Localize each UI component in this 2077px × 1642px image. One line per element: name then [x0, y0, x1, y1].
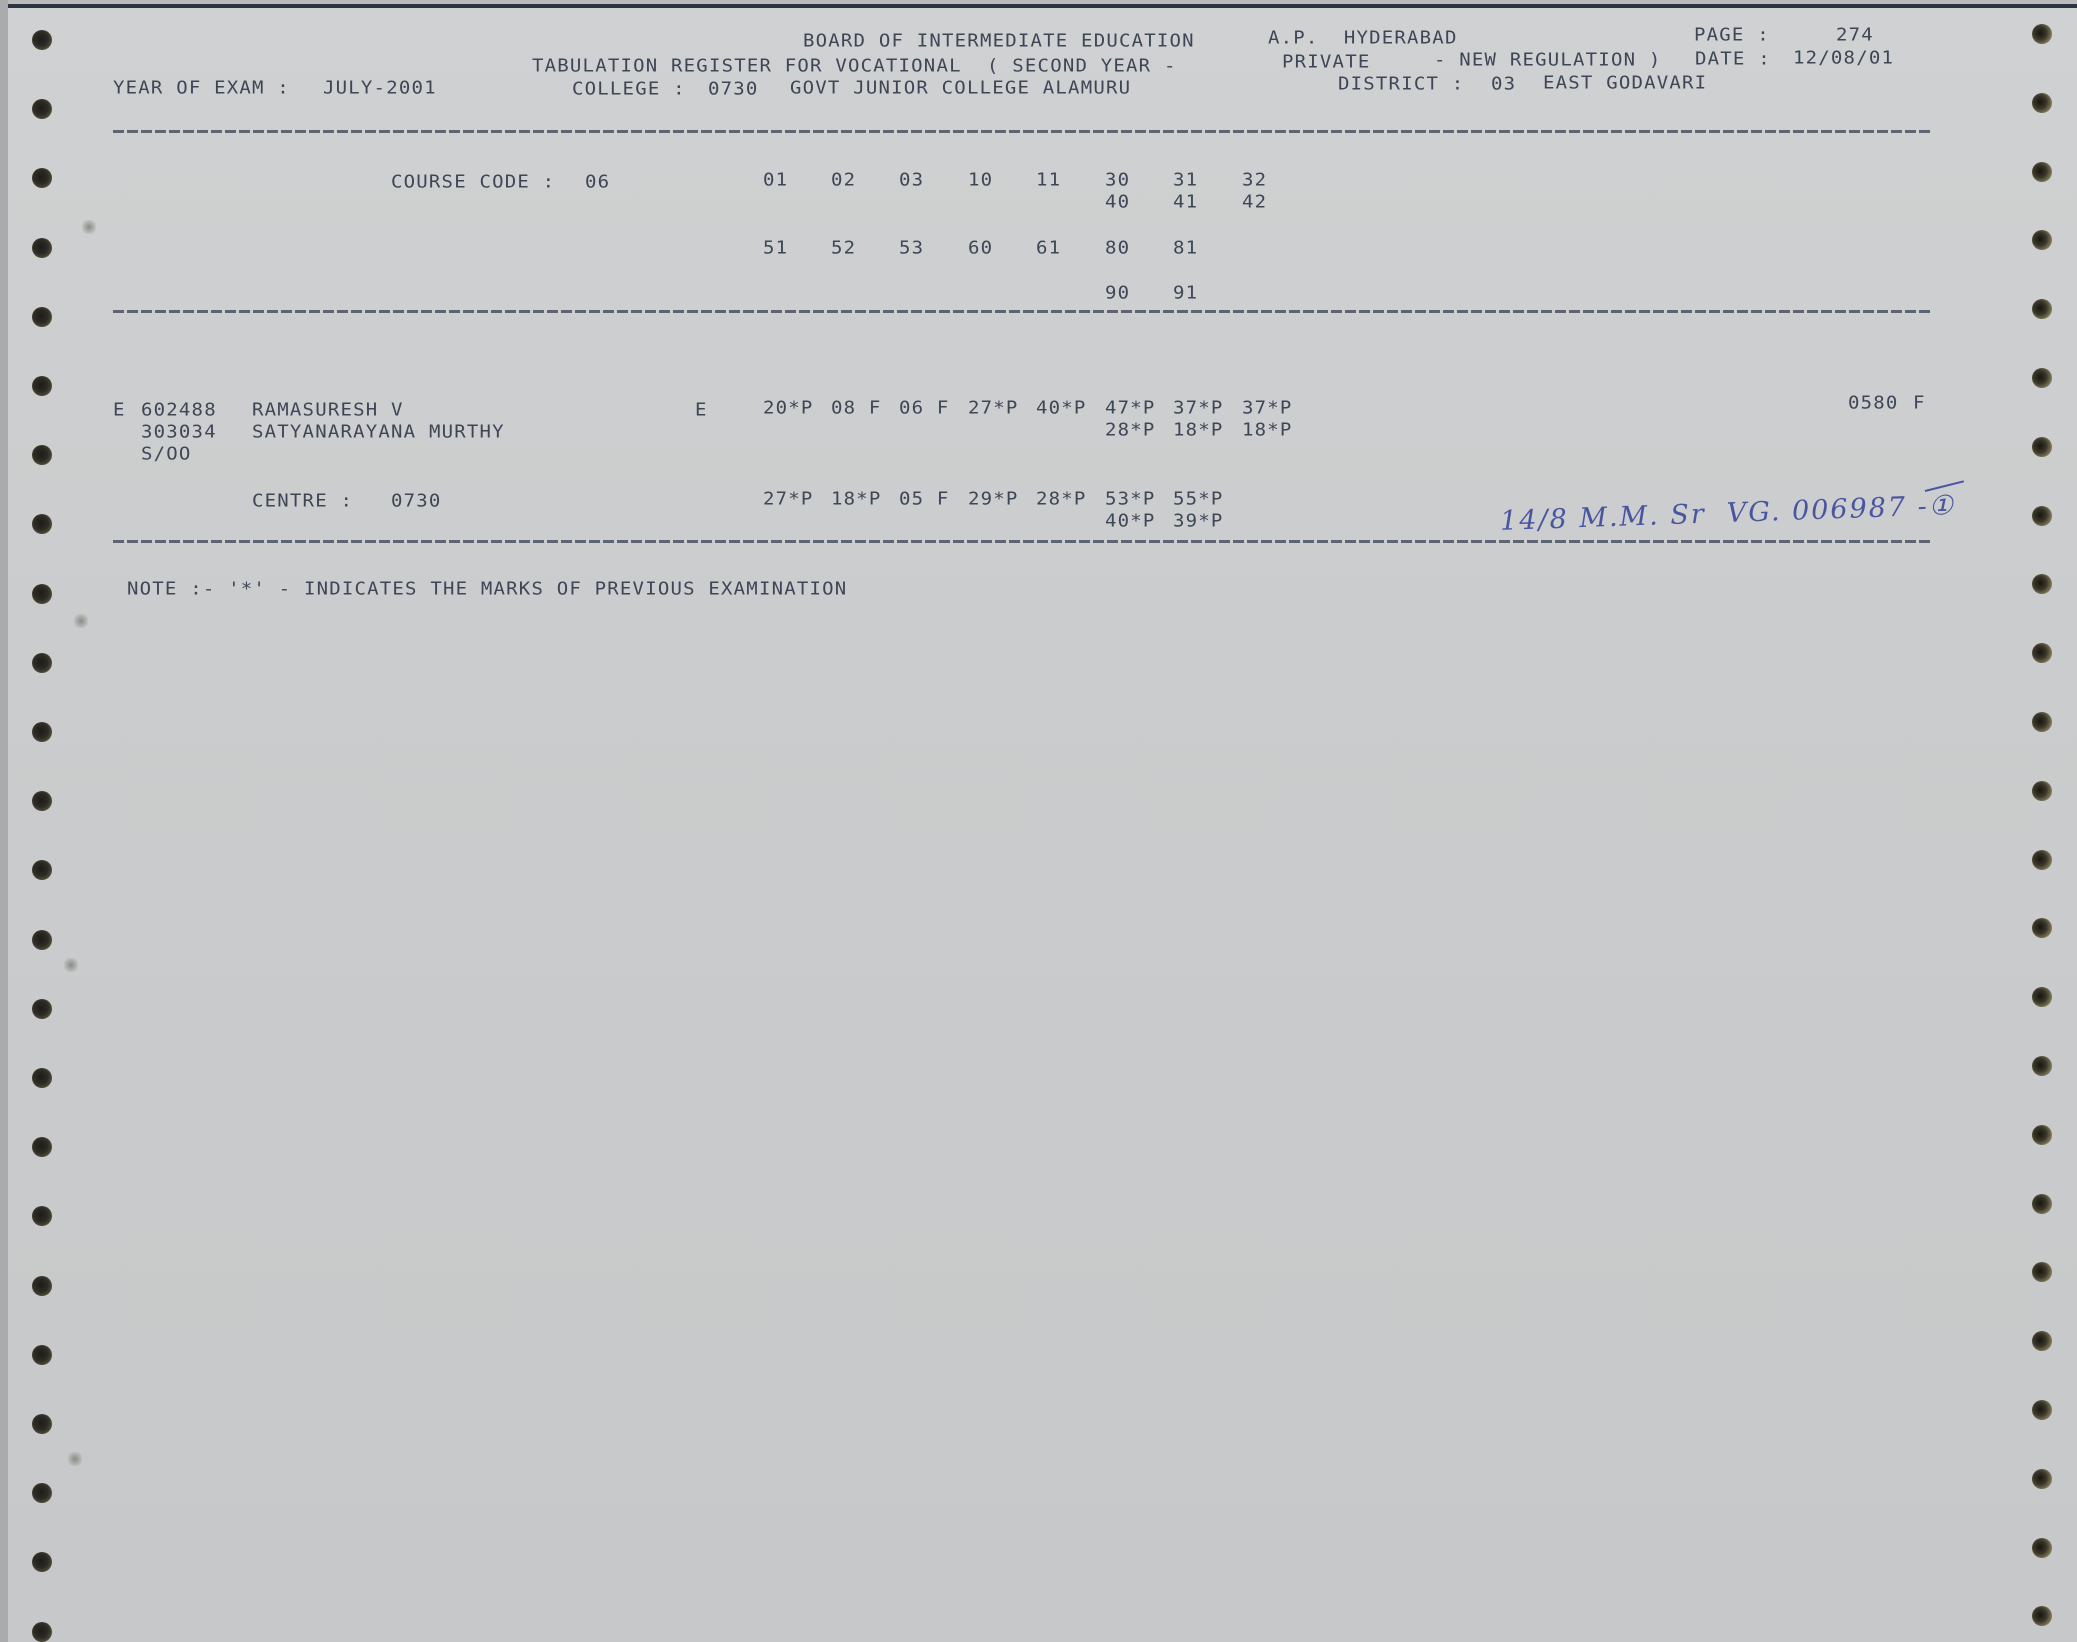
feed-hole — [32, 930, 52, 950]
date-value: 12/08/01 — [1793, 48, 1894, 68]
subject-mark: 06 F — [899, 398, 950, 418]
dashed-rule-top — [113, 130, 1930, 133]
subject-mark: 28*P — [1105, 420, 1156, 440]
page-number: 274 — [1836, 25, 1874, 45]
total-marks: 0580 — [1848, 393, 1899, 413]
feed-hole — [32, 999, 52, 1019]
feed-hole — [2032, 1400, 2052, 1420]
subject-code: 31 — [1173, 170, 1198, 190]
subject-code: 41 — [1173, 192, 1198, 212]
feed-hole — [2032, 1538, 2052, 1558]
feed-hole — [32, 1068, 52, 1088]
candidate-type: PRIVATE — [1282, 52, 1370, 72]
subject-mark: 27*P — [968, 398, 1019, 418]
feed-hole — [32, 238, 52, 258]
medium: E — [695, 400, 708, 420]
paper-smudge — [74, 614, 88, 628]
subject-mark: 28*P — [1036, 489, 1087, 509]
district-label: DISTRICT : — [1338, 74, 1464, 94]
student-name: RAMASURESH V — [252, 400, 404, 420]
feed-hole — [32, 1622, 52, 1642]
district-name: EAST GODAVARI — [1543, 73, 1707, 93]
subject-code: 32 — [1242, 170, 1267, 190]
subject-code: 60 — [968, 238, 993, 258]
subject-mark: 37*P — [1173, 398, 1224, 418]
date-label: DATE : — [1695, 49, 1771, 69]
father-name: SATYANARAYANA MURTHY — [252, 422, 505, 442]
college-code: 0730 — [708, 79, 759, 99]
course-code-label: COURSE CODE : — [391, 172, 555, 192]
subject-mark: 20*P — [763, 398, 814, 418]
subject-code: 02 — [831, 170, 856, 190]
feed-hole — [2032, 781, 2052, 801]
subject-mark: 40*P — [1036, 398, 1087, 418]
dashed-rule-bottom — [113, 540, 1930, 543]
subject-code: 91 — [1173, 283, 1198, 303]
subject-mark: 55*P — [1173, 489, 1224, 509]
feed-hole — [2032, 162, 2052, 182]
year-label: YEAR OF EXAM : — [113, 78, 290, 98]
feed-hole — [2032, 850, 2052, 870]
subject-mark: 39*P — [1173, 511, 1224, 531]
subject-mark: 18*P — [1242, 420, 1293, 440]
feed-hole — [32, 1345, 52, 1365]
centre-label: CENTRE : — [252, 491, 353, 511]
feed-hole — [32, 307, 52, 327]
subject-mark: 29*P — [968, 489, 1019, 509]
feed-hole — [2032, 1469, 2052, 1489]
feed-hole — [32, 1414, 52, 1434]
feed-hole — [2032, 506, 2052, 526]
hall-ticket-number: 602488 — [141, 400, 217, 420]
subject-code: 53 — [899, 238, 924, 258]
second-id: 303034 — [141, 422, 217, 442]
subject-code: 90 — [1105, 283, 1130, 303]
subject-mark: 53*P — [1105, 489, 1156, 509]
subject-mark: 27*P — [763, 489, 814, 509]
feed-hole — [32, 376, 52, 396]
feed-hole — [32, 722, 52, 742]
page-label: PAGE : — [1694, 25, 1770, 45]
subject-code: 40 — [1105, 192, 1130, 212]
subject-code: 61 — [1036, 238, 1061, 258]
year-value: JULY-2001 — [323, 78, 437, 98]
subject-code: 11 — [1036, 170, 1061, 190]
paper-smudge — [82, 220, 96, 234]
subject-code: 01 — [763, 170, 788, 190]
district-code: 03 — [1491, 74, 1516, 94]
register-title: TABULATION REGISTER FOR VOCATIONAL ( SEC… — [532, 56, 1177, 76]
state-city: A.P. HYDERABAD — [1268, 28, 1458, 48]
footer-note: NOTE :- '*' - INDICATES THE MARKS OF PRE… — [127, 579, 847, 599]
subject-mark: 05 F — [899, 489, 950, 509]
regulation: - NEW REGULATION ) — [1434, 50, 1662, 70]
feed-hole — [2032, 1194, 2052, 1214]
subject-mark: 18*P — [831, 489, 882, 509]
feed-hole — [32, 1276, 52, 1296]
paper-smudge — [64, 958, 78, 972]
centre-code: 0730 — [391, 491, 442, 511]
medium-prefix: E — [113, 400, 126, 420]
feed-hole — [32, 584, 52, 604]
subject-mark: 37*P — [1242, 398, 1293, 418]
result-status: F — [1913, 393, 1926, 413]
subject-mark: 47*P — [1105, 398, 1156, 418]
subject-code: 80 — [1105, 238, 1130, 258]
subject-mark: 08 F — [831, 398, 882, 418]
subject-code: 03 — [899, 170, 924, 190]
subject-code: 52 — [831, 238, 856, 258]
feed-hole — [2032, 24, 2052, 44]
college-label: COLLEGE : — [572, 79, 686, 99]
feed-hole — [32, 30, 52, 50]
board-name: BOARD OF INTERMEDIATE EDUCATION — [803, 31, 1195, 51]
feed-hole — [2032, 1125, 2052, 1145]
feed-hole — [2032, 368, 2052, 388]
subject-code: 51 — [763, 238, 788, 258]
dashed-rule-mid — [113, 310, 1930, 313]
subject-code: 42 — [1242, 192, 1267, 212]
subject-mark: 40*P — [1105, 511, 1156, 531]
feed-hole — [2032, 93, 2052, 113]
feed-hole — [32, 653, 52, 673]
subject-code: 10 — [968, 170, 993, 190]
feed-hole — [2032, 437, 2052, 457]
paper-smudge — [68, 1452, 82, 1466]
college-name: GOVT JUNIOR COLLEGE ALAMURU — [790, 78, 1131, 98]
subject-mark: 18*P — [1173, 420, 1224, 440]
feed-hole — [2032, 1056, 2052, 1076]
subject-code: 81 — [1173, 238, 1198, 258]
scanner-edge — [0, 0, 8, 1642]
relation: S/OO — [141, 444, 192, 464]
course-code-value: 06 — [585, 172, 610, 192]
subject-code: 30 — [1105, 170, 1130, 190]
feed-hole — [2032, 712, 2052, 732]
